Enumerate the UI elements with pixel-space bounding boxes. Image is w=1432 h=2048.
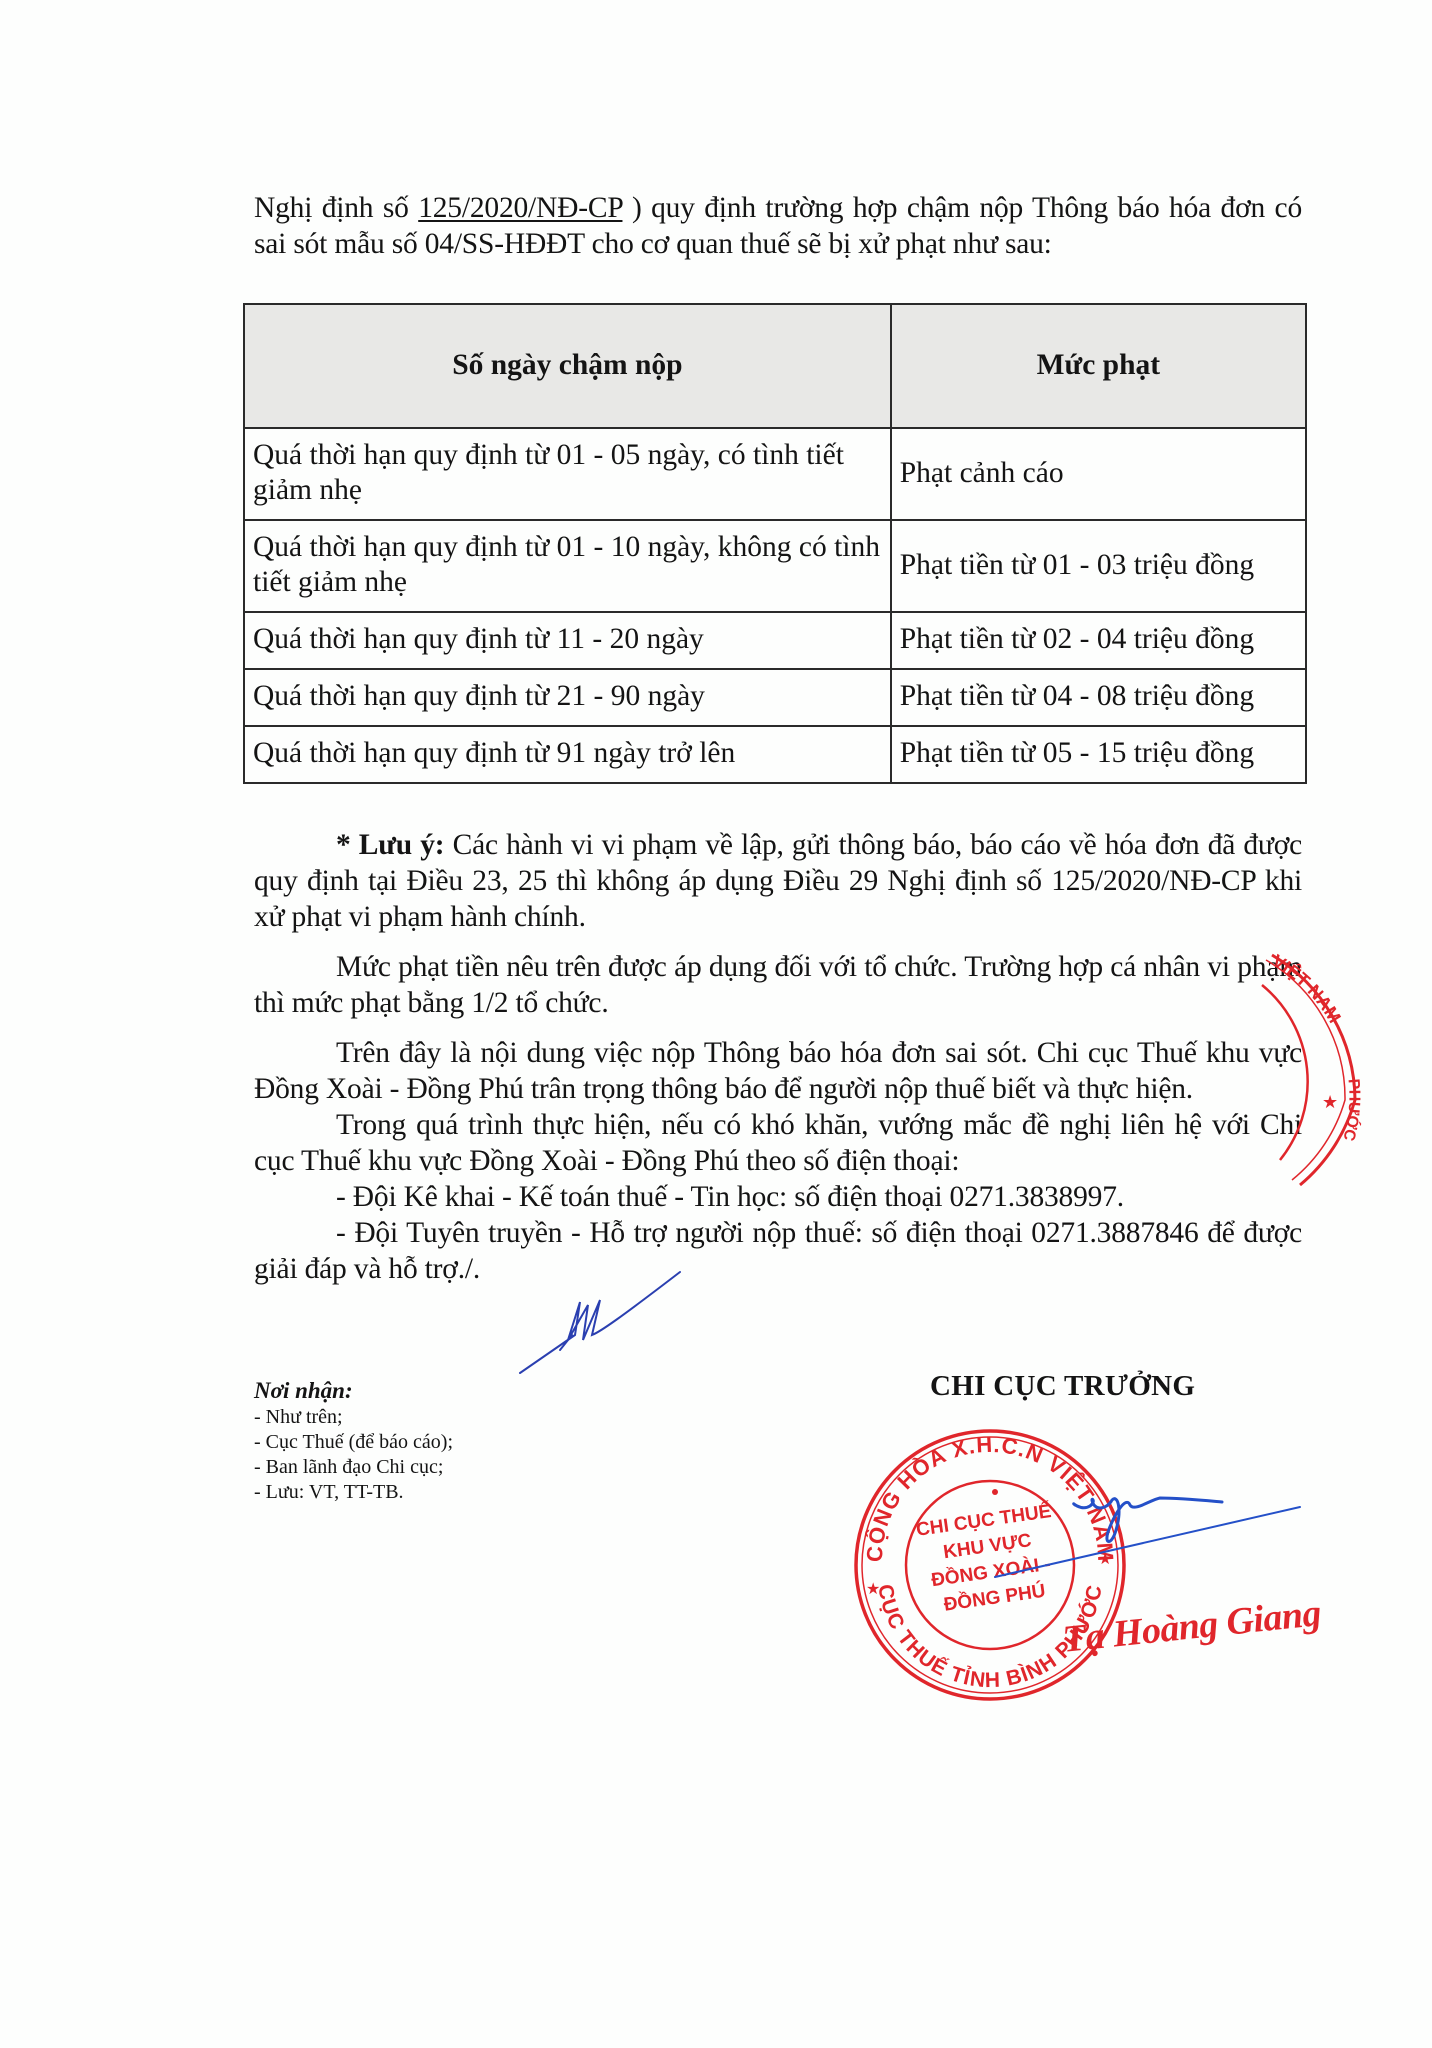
note-label: * Lưu ý: xyxy=(336,829,444,861)
svg-text:PHƯỚC: PHƯỚC xyxy=(1339,1078,1363,1143)
recipient-item: - Ban lãnh đạo Chi cục; xyxy=(254,1455,453,1480)
cell-days: Quá thời hạn quy định từ 91 ngày trở lên xyxy=(244,726,891,783)
cell-penalty: Phạt cảnh cáo xyxy=(891,428,1306,520)
header-late-days: Số ngày chậm nộp xyxy=(244,304,891,428)
initial-signature-icon xyxy=(520,1272,680,1373)
closing-paragraph: Trên đây là nội dung việc nộp Thông báo … xyxy=(254,1035,1302,1107)
director-signature-icon xyxy=(995,1498,1300,1577)
cell-days: Quá thời hạn quy định từ 01 - 10 ngày, k… xyxy=(244,520,891,612)
contact-line-2: - Đội Tuyên truyền - Hỗ trợ người nộp th… xyxy=(254,1215,1302,1287)
table-row: Quá thời hạn quy định từ 01 - 05 ngày, c… xyxy=(244,428,1306,520)
recipient-item: - Lưu: VT, TT-TB. xyxy=(254,1480,453,1505)
cell-penalty: Phạt tiền từ 05 - 15 triệu đồng xyxy=(891,726,1306,783)
seal-inner-line: KHU VỰC xyxy=(942,1530,1033,1563)
table-row: Quá thời hạn quy định từ 01 - 10 ngày, k… xyxy=(244,520,1306,612)
recipient-item: - Cục Thuế (để báo cáo); xyxy=(254,1430,453,1455)
svg-text:★: ★ xyxy=(1322,1092,1338,1113)
header-penalty: Mức phạt xyxy=(891,304,1306,428)
seal-inner-line: CHI CỤC THUẾ xyxy=(915,1500,1053,1541)
cell-penalty: Phạt tiền từ 02 - 04 triệu đồng xyxy=(891,612,1306,669)
notes-section: * Lưu ý: Các hành vi vi phạm về lập, gửi… xyxy=(254,827,1302,1287)
intro-paragraph: Nghị định số 125/2020/NĐ-CP ) quy định t… xyxy=(254,190,1302,262)
cell-days: Quá thời hạn quy định từ 01 - 05 ngày, c… xyxy=(244,428,891,520)
intro-text-before: Nghị định số xyxy=(254,192,418,224)
svg-text:CỘNG HÒA X.H.C.N VIỆT NAM: CỘNG HÒA X.H.C.N VIỆT NAM xyxy=(862,1432,1119,1563)
table-row: Quá thời hạn quy định từ 11 - 20 ngày Ph… xyxy=(244,612,1306,669)
recipients-title: Nơi nhận: xyxy=(254,1378,453,1403)
document-page: Nghị định số 125/2020/NĐ-CP ) quy định t… xyxy=(0,0,1432,2048)
note-paragraph: * Lưu ý: Các hành vi vi phạm về lập, gửi… xyxy=(254,827,1302,935)
recipients-block: Nơi nhận: - Như trên; - Cục Thuế (để báo… xyxy=(254,1378,453,1505)
signer-name: Tạ Hoàng Giang xyxy=(1061,1591,1323,1662)
contact-line-1: - Đội Kê khai - Kế toán thuế - Tin học: … xyxy=(254,1179,1302,1215)
contact-intro: Trong quá trình thực hiện, nếu có khó kh… xyxy=(254,1107,1302,1179)
table-header-row: Số ngày chậm nộp Mức phạt xyxy=(244,304,1306,428)
svg-text:★: ★ xyxy=(1098,1549,1112,1568)
table-row: Quá thời hạn quy định từ 91 ngày trở lên… xyxy=(244,726,1306,783)
cell-penalty: Phạt tiền từ 04 - 08 triệu đồng xyxy=(891,669,1306,726)
organization-note: Mức phạt tiền nêu trên được áp dụng đối … xyxy=(254,949,1302,1021)
seal-inner-line: ĐỒNG XOÀI - xyxy=(930,1553,1052,1592)
svg-text:★: ★ xyxy=(866,1579,880,1598)
cell-penalty: Phạt tiền từ 01 - 03 triệu đồng xyxy=(891,520,1306,612)
cell-days: Quá thời hạn quy định từ 11 - 20 ngày xyxy=(244,612,891,669)
recipient-item: - Như trên; xyxy=(254,1405,453,1430)
decree-reference-link: 125/2020/NĐ-CP xyxy=(418,192,622,224)
cell-days: Quá thời hạn quy định từ 21 - 90 ngày xyxy=(244,669,891,726)
penalty-table: Số ngày chậm nộp Mức phạt Quá thời hạn q… xyxy=(243,303,1307,784)
seal-inner-line: ĐỒNG PHÚ xyxy=(942,1580,1046,1616)
signer-title: CHI CỤC TRƯỞNG xyxy=(930,1370,1195,1403)
table-row: Quá thời hạn quy định từ 21 - 90 ngày Ph… xyxy=(244,669,1306,726)
